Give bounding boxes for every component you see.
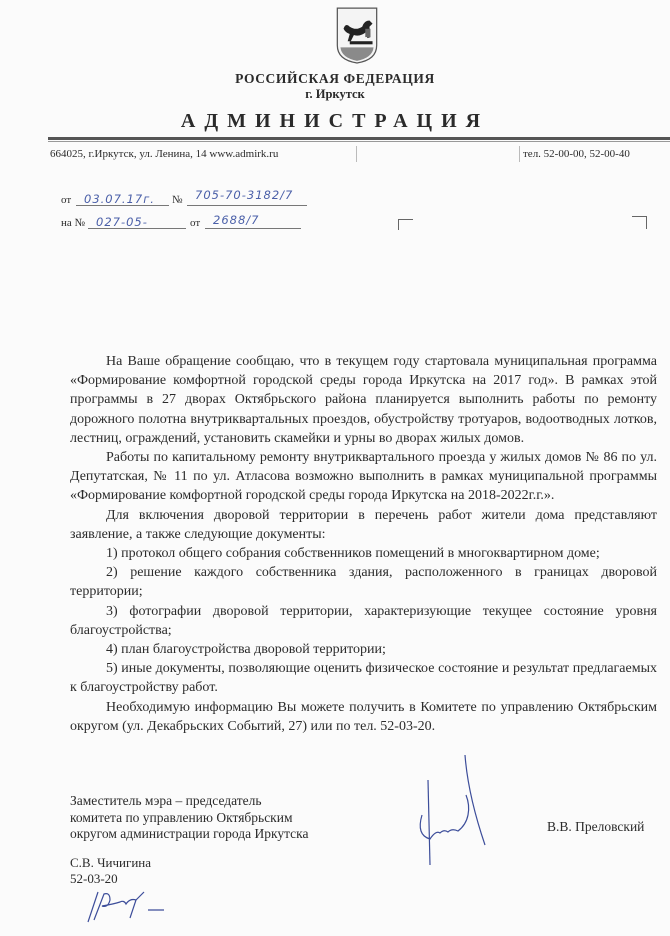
position-line: Заместитель мэра – председатель (70, 793, 309, 810)
paragraph-contact: Необходимую информацию Вы можете получит… (70, 698, 657, 736)
paragraph-intro: На Ваше обращение сообщаю, что в текущем… (70, 352, 657, 448)
signatory-name: В.В. Преловский (547, 819, 644, 835)
position-line: округом администрации города Иркутска (70, 826, 309, 843)
reference-number-label: на № (61, 217, 85, 229)
position-line: комитета по управлению Октябрьским (70, 810, 309, 827)
reference-from-label: от (190, 217, 200, 229)
list-item-2: 2) решение каждого собственника здания, … (70, 563, 657, 601)
reference-date-field: 2688/7 (205, 213, 301, 229)
header-divider-thin (48, 141, 670, 142)
address-separator (356, 146, 357, 162)
letter-body: На Ваше обращение сообщаю, что в текущем… (70, 352, 657, 736)
executor-info: С.В. Чичигина 52-03-20 (70, 855, 151, 887)
list-item-1: 1) протокол общего собрания собственнико… (70, 544, 657, 563)
phone-numbers: тел. 52-00-00, 52-00-40 (523, 148, 630, 160)
list-item-3: 3) фотографии дворовой территории, харак… (70, 602, 657, 640)
outgoing-date-field: 03.07.17г. (76, 192, 169, 206)
paragraph-requirements: Для включения дворовой территории в пере… (70, 506, 657, 544)
handwritten-initials-icon (80, 888, 170, 924)
header-divider (48, 137, 670, 140)
addressee-corner-right (632, 216, 647, 229)
signatory-position: Заместитель мэра – председатель комитета… (70, 793, 309, 843)
executor-name: С.В. Чичигина (70, 855, 151, 871)
address: 664025, г.Иркутск, ул. Ленина, 14 www.ad… (50, 148, 278, 160)
list-item-5: 5) иные документы, позволяющие оценить ф… (70, 659, 657, 697)
phone-separator (519, 146, 520, 162)
handwritten-signature-icon (410, 755, 520, 870)
irkutsk-coat-of-arms-icon (335, 6, 379, 64)
from-label: от (61, 194, 71, 206)
country-name: РОССИЙСКАЯ ФЕДЕРАЦИЯ (0, 71, 670, 87)
outgoing-number-field: 705-70-3182/7 (187, 188, 307, 206)
number-label: № (172, 194, 183, 206)
organization-title: АДМИНИСТРАЦИЯ (0, 110, 670, 133)
list-item-4: 4) план благоустройства дворовой террито… (70, 640, 657, 659)
addressee-corner-left (398, 219, 413, 230)
reference-number-field: 027-05- (88, 215, 186, 229)
city-name: г. Иркутск (0, 87, 670, 102)
executor-phone: 52-03-20 (70, 871, 151, 887)
paragraph-capital-repair: Работы по капитальному ремонту внутриква… (70, 448, 657, 506)
